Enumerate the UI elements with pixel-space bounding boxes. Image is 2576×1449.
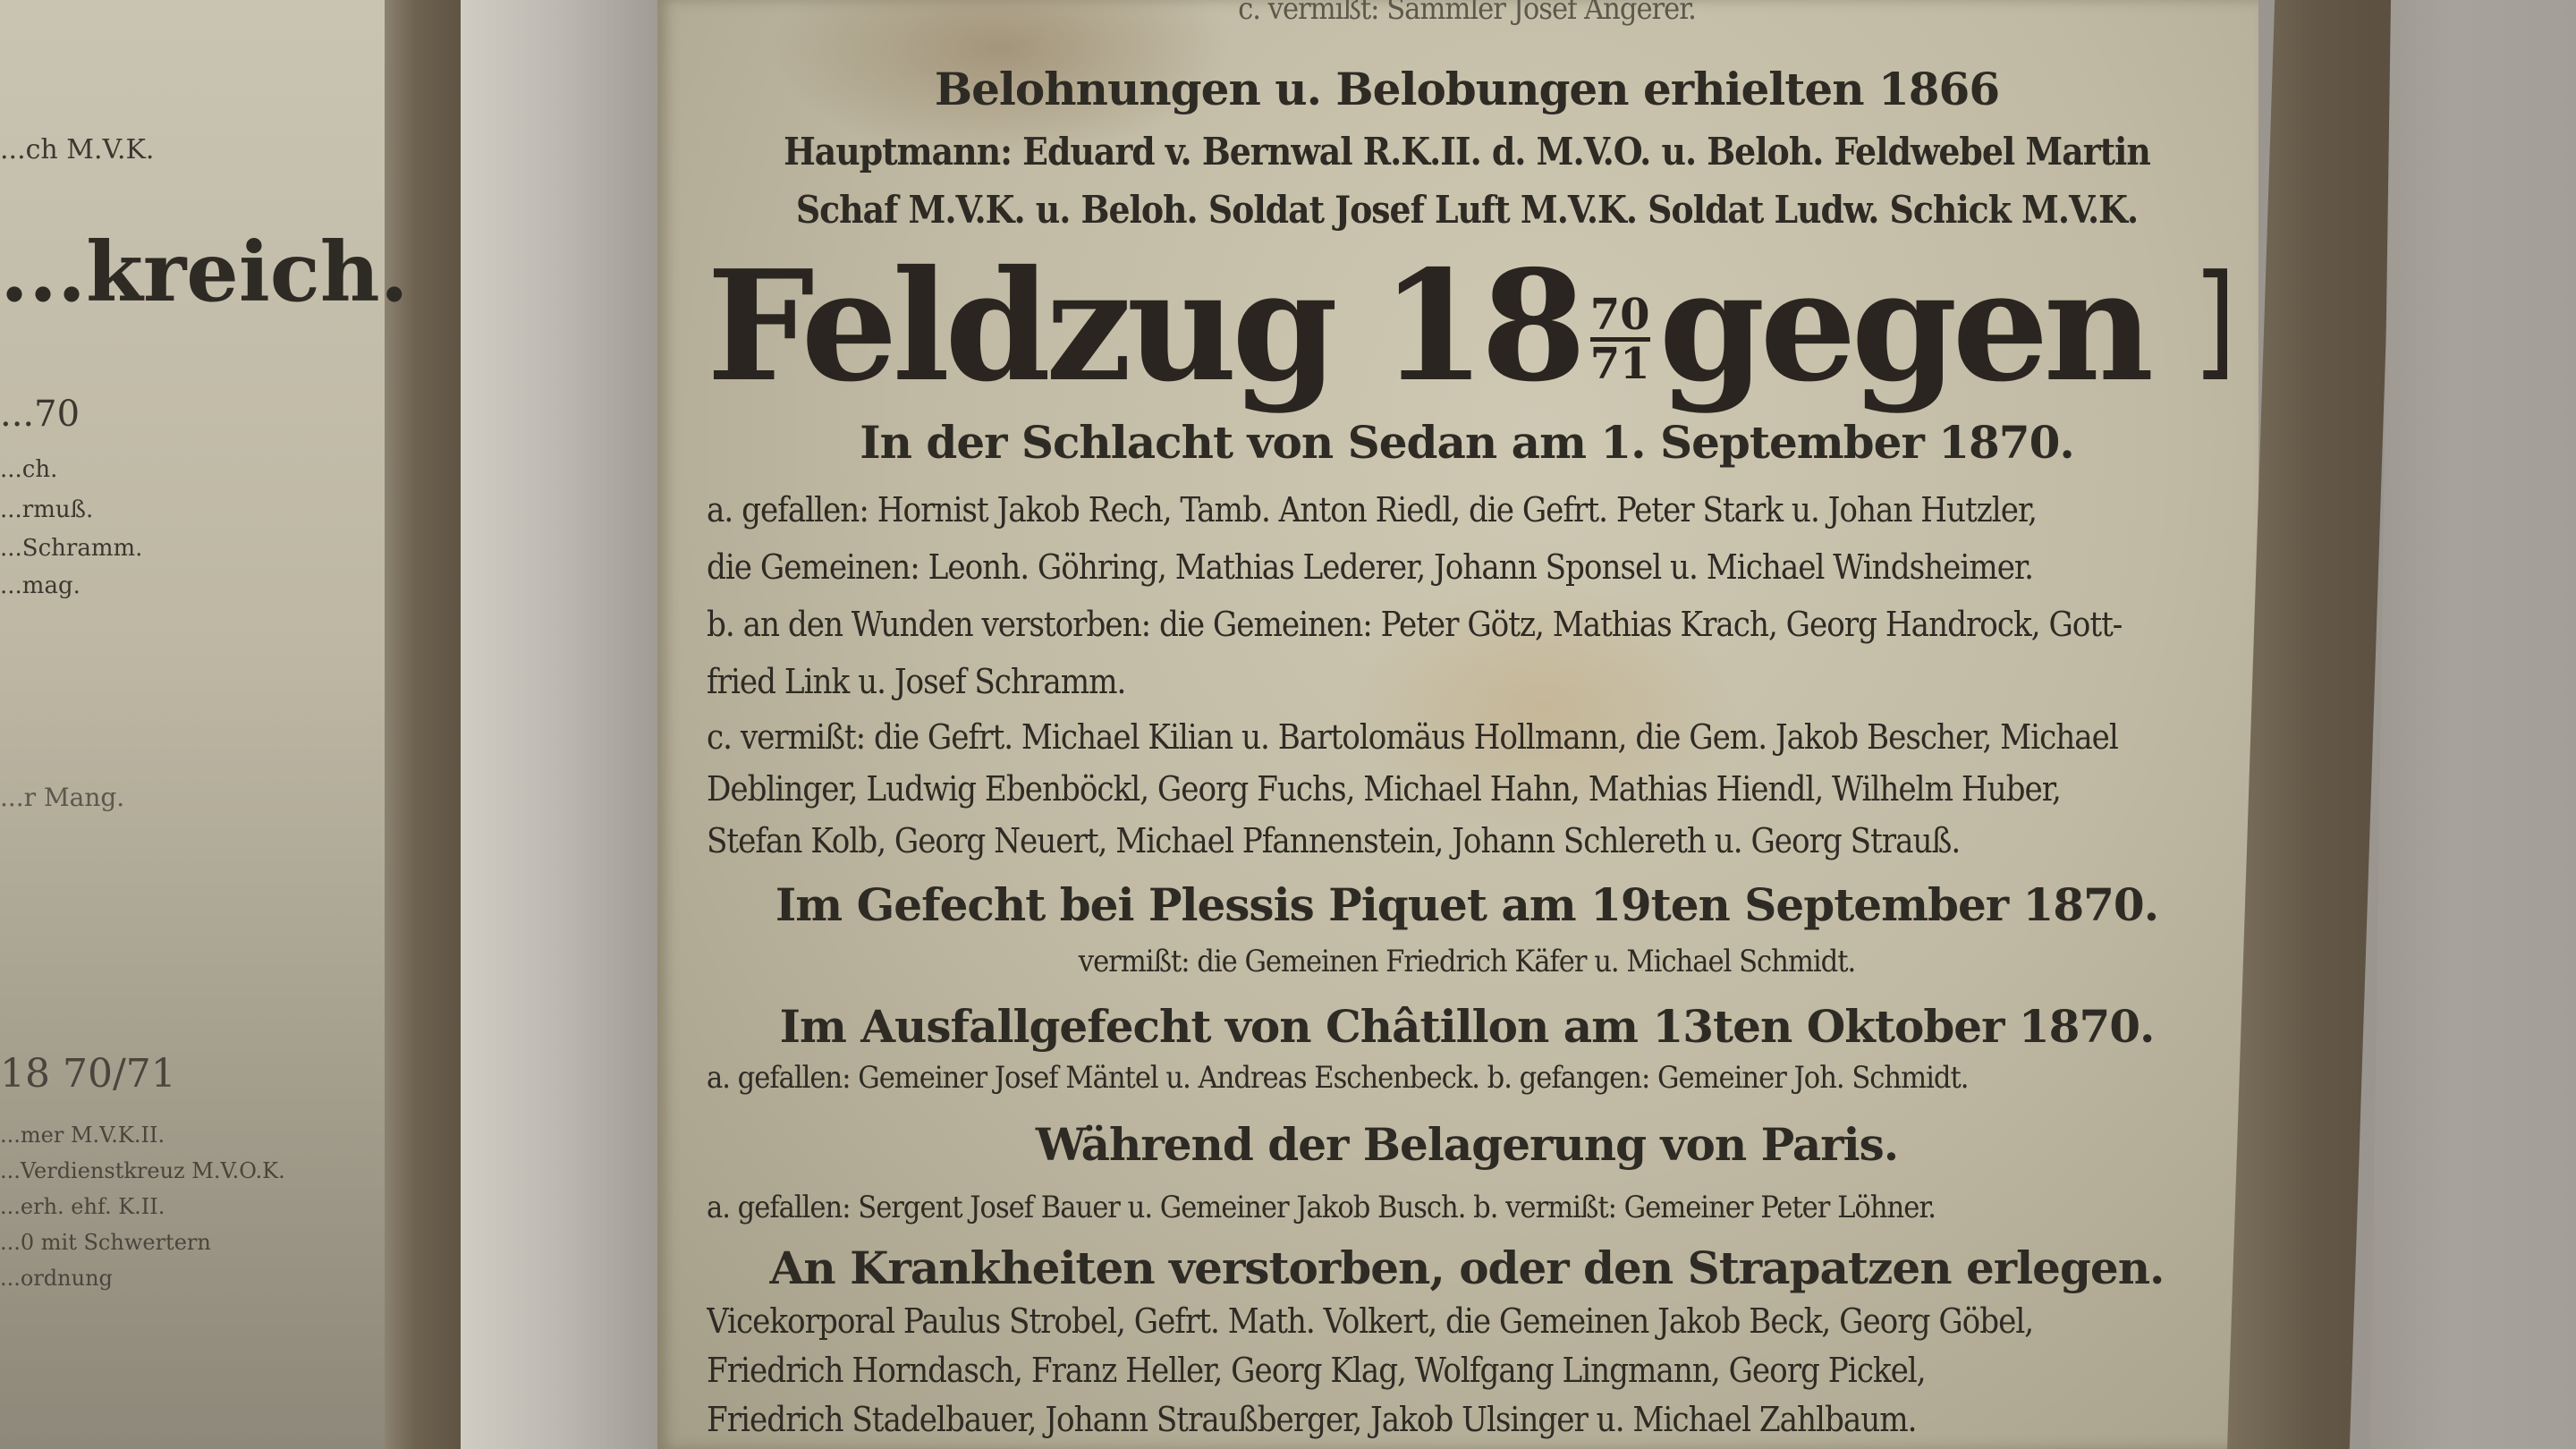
plaque-text-line: die Gemeinen: Leonh. Göhring, Mathias Le… (707, 547, 2227, 587)
plaque-text-line: c. vermißt: die Gefrt. Michael Kilian u.… (707, 717, 2227, 757)
left-plaque-text: ...70 (0, 394, 80, 435)
left-plaque-text: ...ch M.V.K. (0, 134, 154, 165)
section-heading-1866: Belohnungen u. Belobungen erhielten 1866 (707, 63, 2227, 115)
left-plaque-text: ...erh. ehf. K.II. (0, 1194, 165, 1219)
plaque-text-line: Hauptmann: Eduard v. Bernwal R.K.II. d. … (707, 130, 2227, 174)
fraction-top: 70 (1590, 292, 1650, 342)
left-plaque-text: 18 70/71 (0, 1051, 176, 1097)
section-heading-paris: Während der Belagerung von Paris. (707, 1118, 2227, 1171)
plaque-text-line: Stefan Kolb, Georg Neuert, Michael Pfann… (707, 821, 2227, 860)
plaque-text-line: Deblinger, Ludwig Ebenböckl, Georg Fuchs… (707, 769, 2227, 809)
plaque-top-fragment: c. vermißt: Sammler Josef Angerer. (707, 0, 2227, 27)
plaque-text-line: Schaf M.V.K. u. Beloh. Soldat Josef Luft… (707, 188, 2227, 232)
left-plaque-text: ...0 mit Schwertern (0, 1230, 211, 1255)
title-year-fraction: 7071 (1590, 292, 1650, 386)
whitewashed-wall-pillar (461, 0, 662, 1449)
plaque-text-line: Vicekorporal Paulus Strobel, Gefrt. Math… (707, 1301, 2227, 1341)
left-plaque-text: ...Schramm. (0, 535, 142, 562)
left-plaque-text: ...mer M.V.K.II. (0, 1123, 165, 1148)
plaque-text-line: Friedrich Stadelbauer, Johann Straußberg… (707, 1400, 2227, 1439)
left-plaque-text: ...mag. (0, 572, 80, 599)
title-prefix: Feldzug 18 (707, 237, 1581, 416)
plaque-main-title: Feldzug 187071gegen Frankreich. (707, 237, 2227, 416)
fraction-bottom: 71 (1590, 342, 1650, 386)
left-plaque-frame (385, 0, 461, 1449)
section-heading-chatillon: Im Ausfallgefecht von Châtillon am 13ten… (707, 1000, 2227, 1053)
left-plaque-text: ...Verdienstkreuz M.V.O.K. (0, 1158, 285, 1183)
plaque-text-line: fried Link u. Josef Schramm. (707, 662, 2227, 701)
left-plaque-text: ...ordnung (0, 1266, 113, 1291)
plaque-text-line: b. an den Wunden verstorben: die Gemeine… (707, 605, 2227, 644)
section-heading-krankheiten: An Krankheiten verstorben, oder den Stra… (707, 1241, 2227, 1294)
left-plaque-title: ...kreich. (0, 224, 409, 320)
whitewashed-wall-right (2370, 0, 2576, 1449)
left-plaque-text: ...rmuß. (0, 496, 93, 523)
plaque-text-line: a. gefallen: Gemeiner Josef Mäntel u. An… (707, 1060, 2227, 1096)
section-heading-plessis-piquet: Im Gefecht bei Plessis Piquet am 19ten S… (707, 878, 2227, 931)
left-plaque-text: ...r Mang. (0, 783, 124, 812)
title-suffix: gegen Frankreich. (1659, 237, 2227, 416)
section-heading-sedan: In der Schlacht von Sedan am 1. Septembe… (707, 416, 2227, 469)
left-plaque-text: ...ch. (0, 456, 57, 483)
plaque-text-line: a. gefallen: Sergent Josef Bauer u. Geme… (707, 1190, 2227, 1225)
plaque-text-line: vermißt: die Gemeinen Friedrich Käfer u.… (707, 944, 2227, 979)
plaque-text-line: a. gefallen: Hornist Jakob Rech, Tamb. A… (707, 490, 2227, 530)
plaque-text-line: Friedrich Horndasch, Franz Heller, Georg… (707, 1351, 2227, 1390)
